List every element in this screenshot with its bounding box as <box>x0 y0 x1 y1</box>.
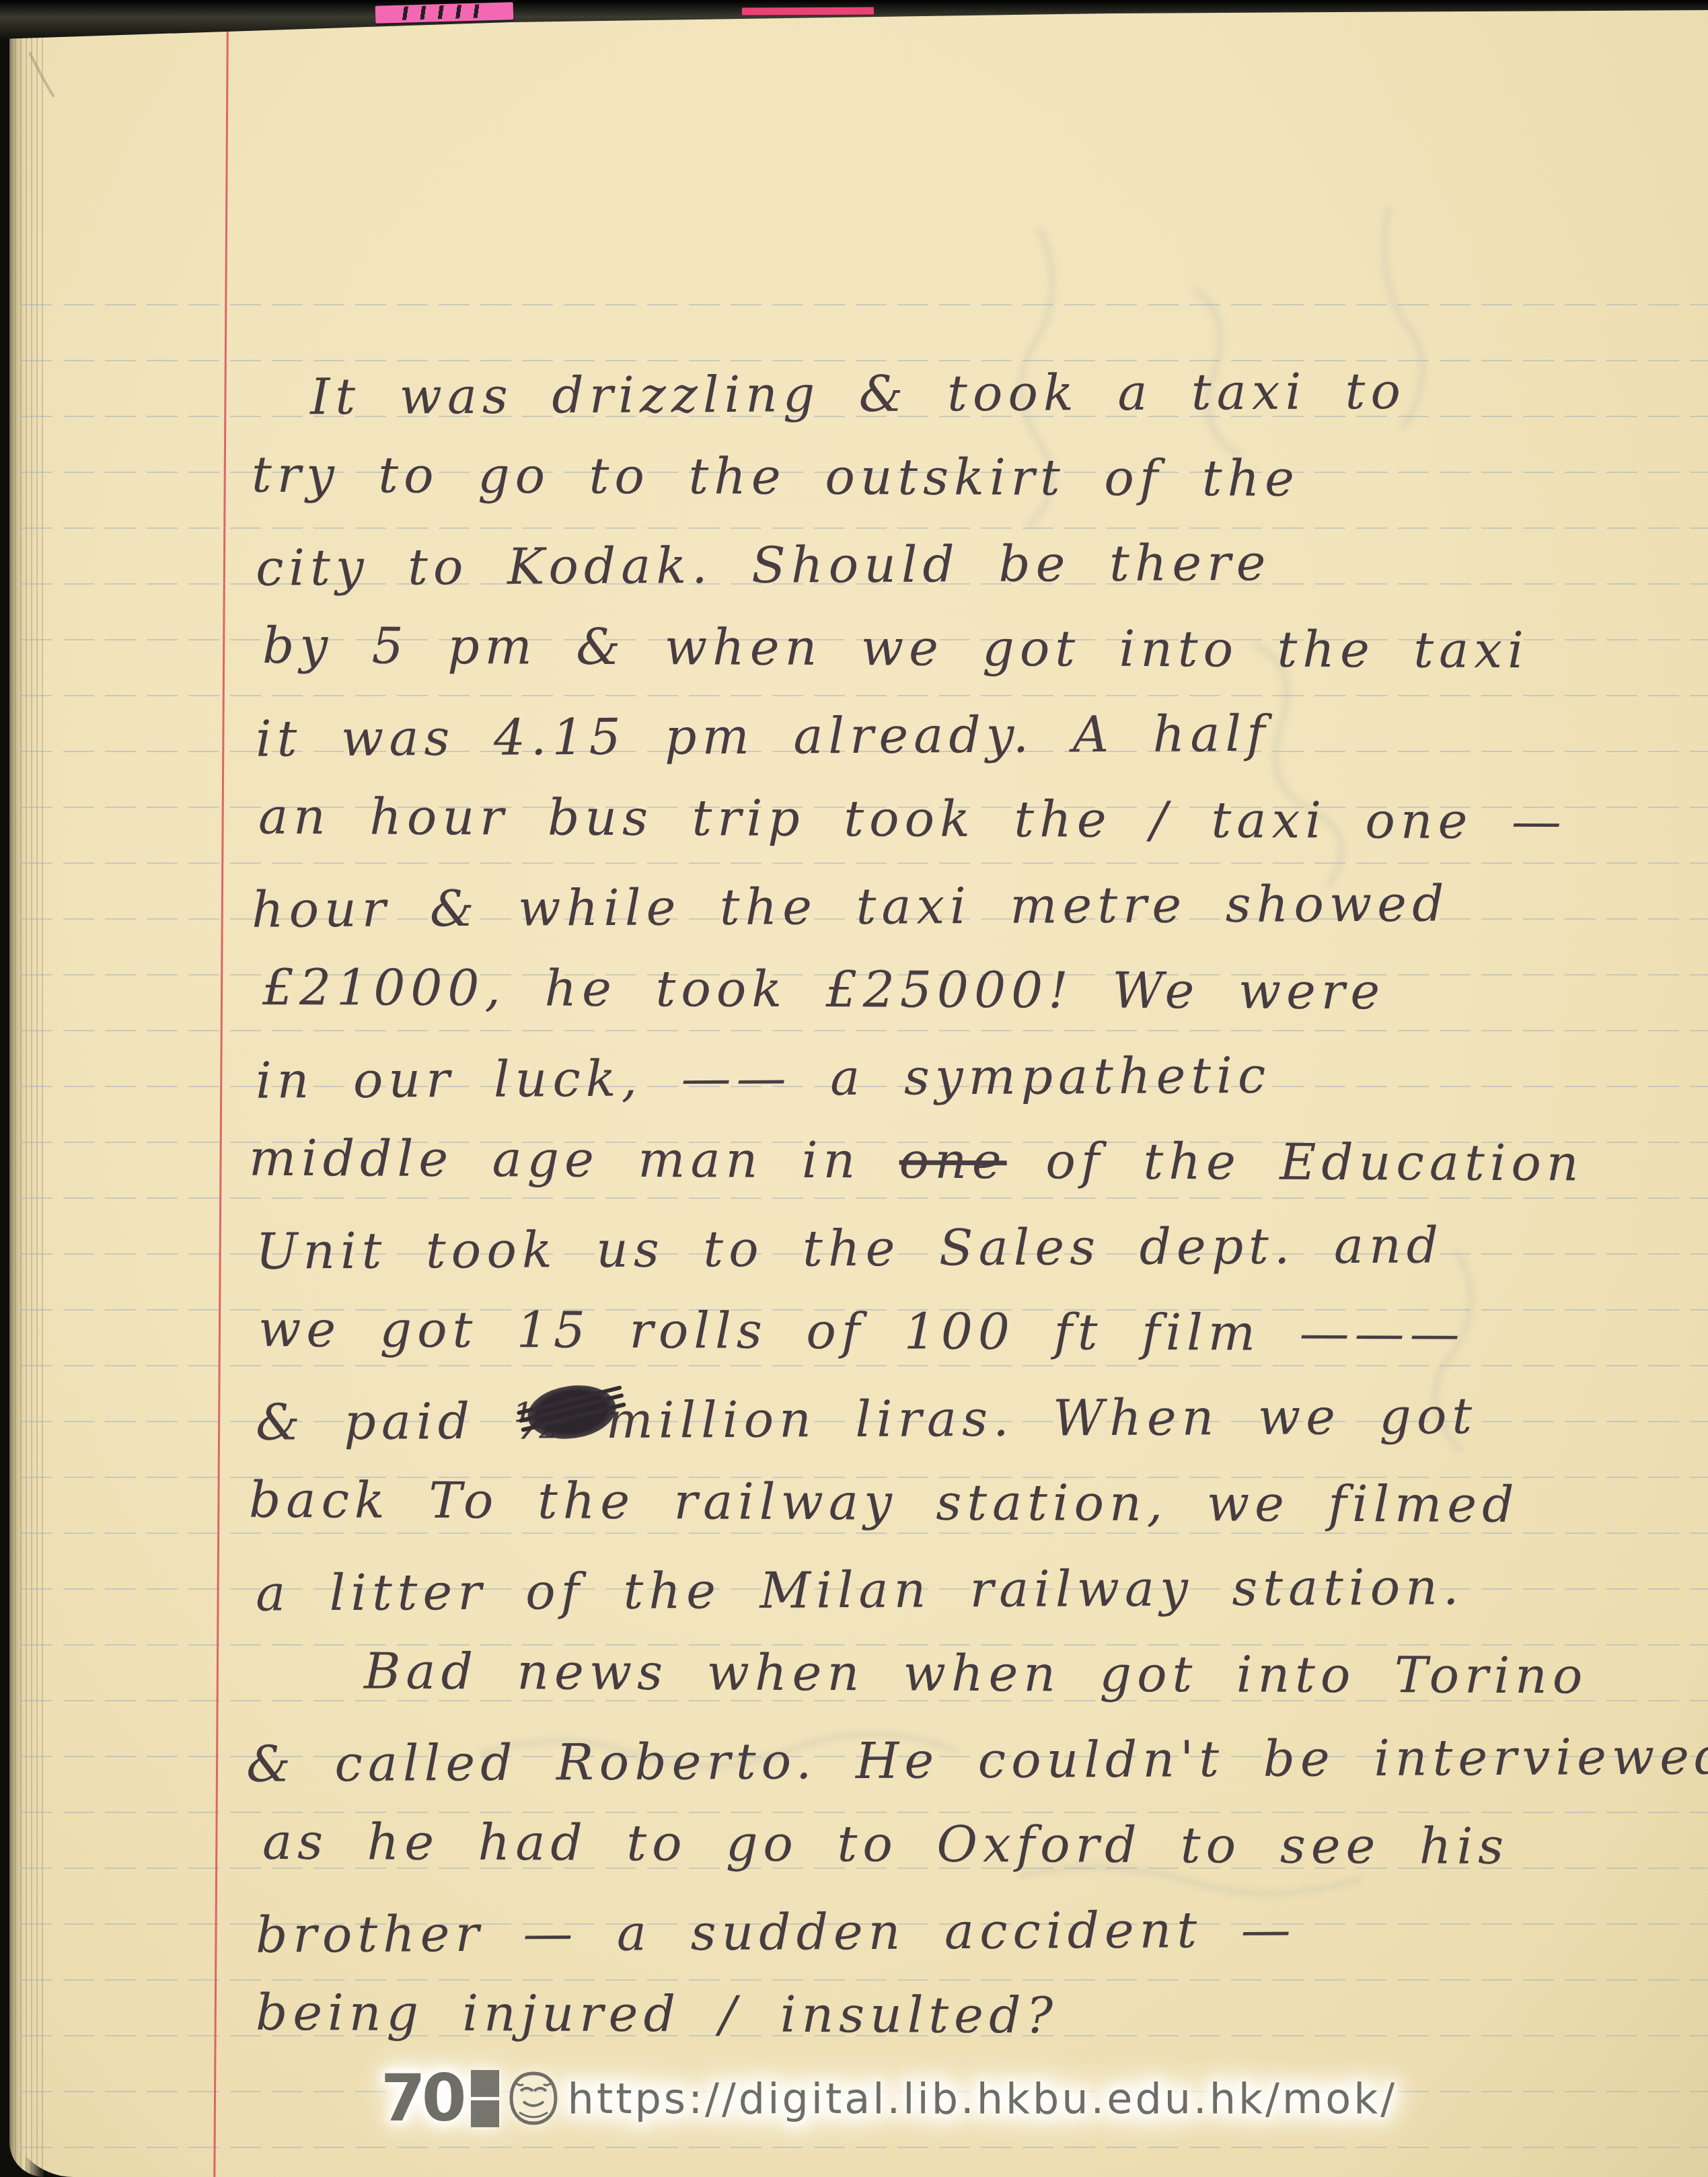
watermark: 70 https://digital.lib.hkbu.edu.hk/mok/ <box>381 2059 1397 2138</box>
page-edge-stack <box>9 5 44 2177</box>
manuscript-line: hour & while the taxi metre showed <box>246 860 1708 953</box>
manuscript-line: by 5 pm & when we got into the taxi <box>246 603 1708 694</box>
manuscript-line: it was 4.15 pm already. A half <box>246 689 1708 782</box>
manuscript-line: £21000, he took £25000! We were <box>246 945 1708 1036</box>
watermark-url: https://digital.lib.hkbu.edu.hk/mok/ <box>568 2074 1397 2123</box>
cjk-character-block <box>471 2070 499 2127</box>
manuscript-line: brother — a sudden accident — <box>246 1885 1708 1978</box>
manuscript-line: & paid ½ million liras. When we got <box>246 1372 1708 1465</box>
manuscript-line: in our luck, —— a sympathetic <box>246 1031 1708 1123</box>
manuscript-line: an hour bus trip took the / taxi one — <box>246 774 1708 865</box>
manuscript-line: we got 15 rolls of 100 ft film ——— <box>246 1287 1708 1378</box>
manuscript-line: Unit took us to the Sales dept. and <box>246 1202 1708 1294</box>
manuscript-line: city to Kodak. Should be there <box>246 518 1708 611</box>
diary-page: It was drizzling & took a taxi totry to … <box>9 5 1708 2177</box>
manuscript-line: back To the railway station, we filmed <box>246 1458 1708 1549</box>
manuscript-line: It was drizzling & took a taxi to <box>246 347 1708 440</box>
handwritten-text: It was drizzling & took a taxi totry to … <box>246 350 1708 2059</box>
manuscript-line: being injured / insulted? <box>246 1970 1708 2061</box>
pink-sticky-tab-2 <box>742 7 874 15</box>
red-margin-line <box>213 8 229 2177</box>
scanned-notebook-page: It was drizzling & took a taxi totry to … <box>0 0 1708 2177</box>
manuscript-line: try to go to the outskirt of the <box>246 433 1708 523</box>
mask-logo-icon <box>507 2069 560 2127</box>
manuscript-line: as he had to go to Oxford to see his <box>246 1800 1708 1890</box>
manuscript-line: middle age man in one of the Education <box>246 1116 1708 1207</box>
ruled-line <box>22 2147 1708 2148</box>
struck-word: one <box>899 1132 1007 1191</box>
ruled-line <box>22 304 1708 305</box>
archive-logo-70: 70 <box>381 2066 463 2131</box>
manuscript-line: & called Roberto. He couldn't be intervi… <box>246 1714 1708 1807</box>
manuscript-line: a litter of the Milan railway station. <box>246 1543 1708 1636</box>
manuscript-line: Bad news when when got into Torino <box>246 1629 1708 1720</box>
